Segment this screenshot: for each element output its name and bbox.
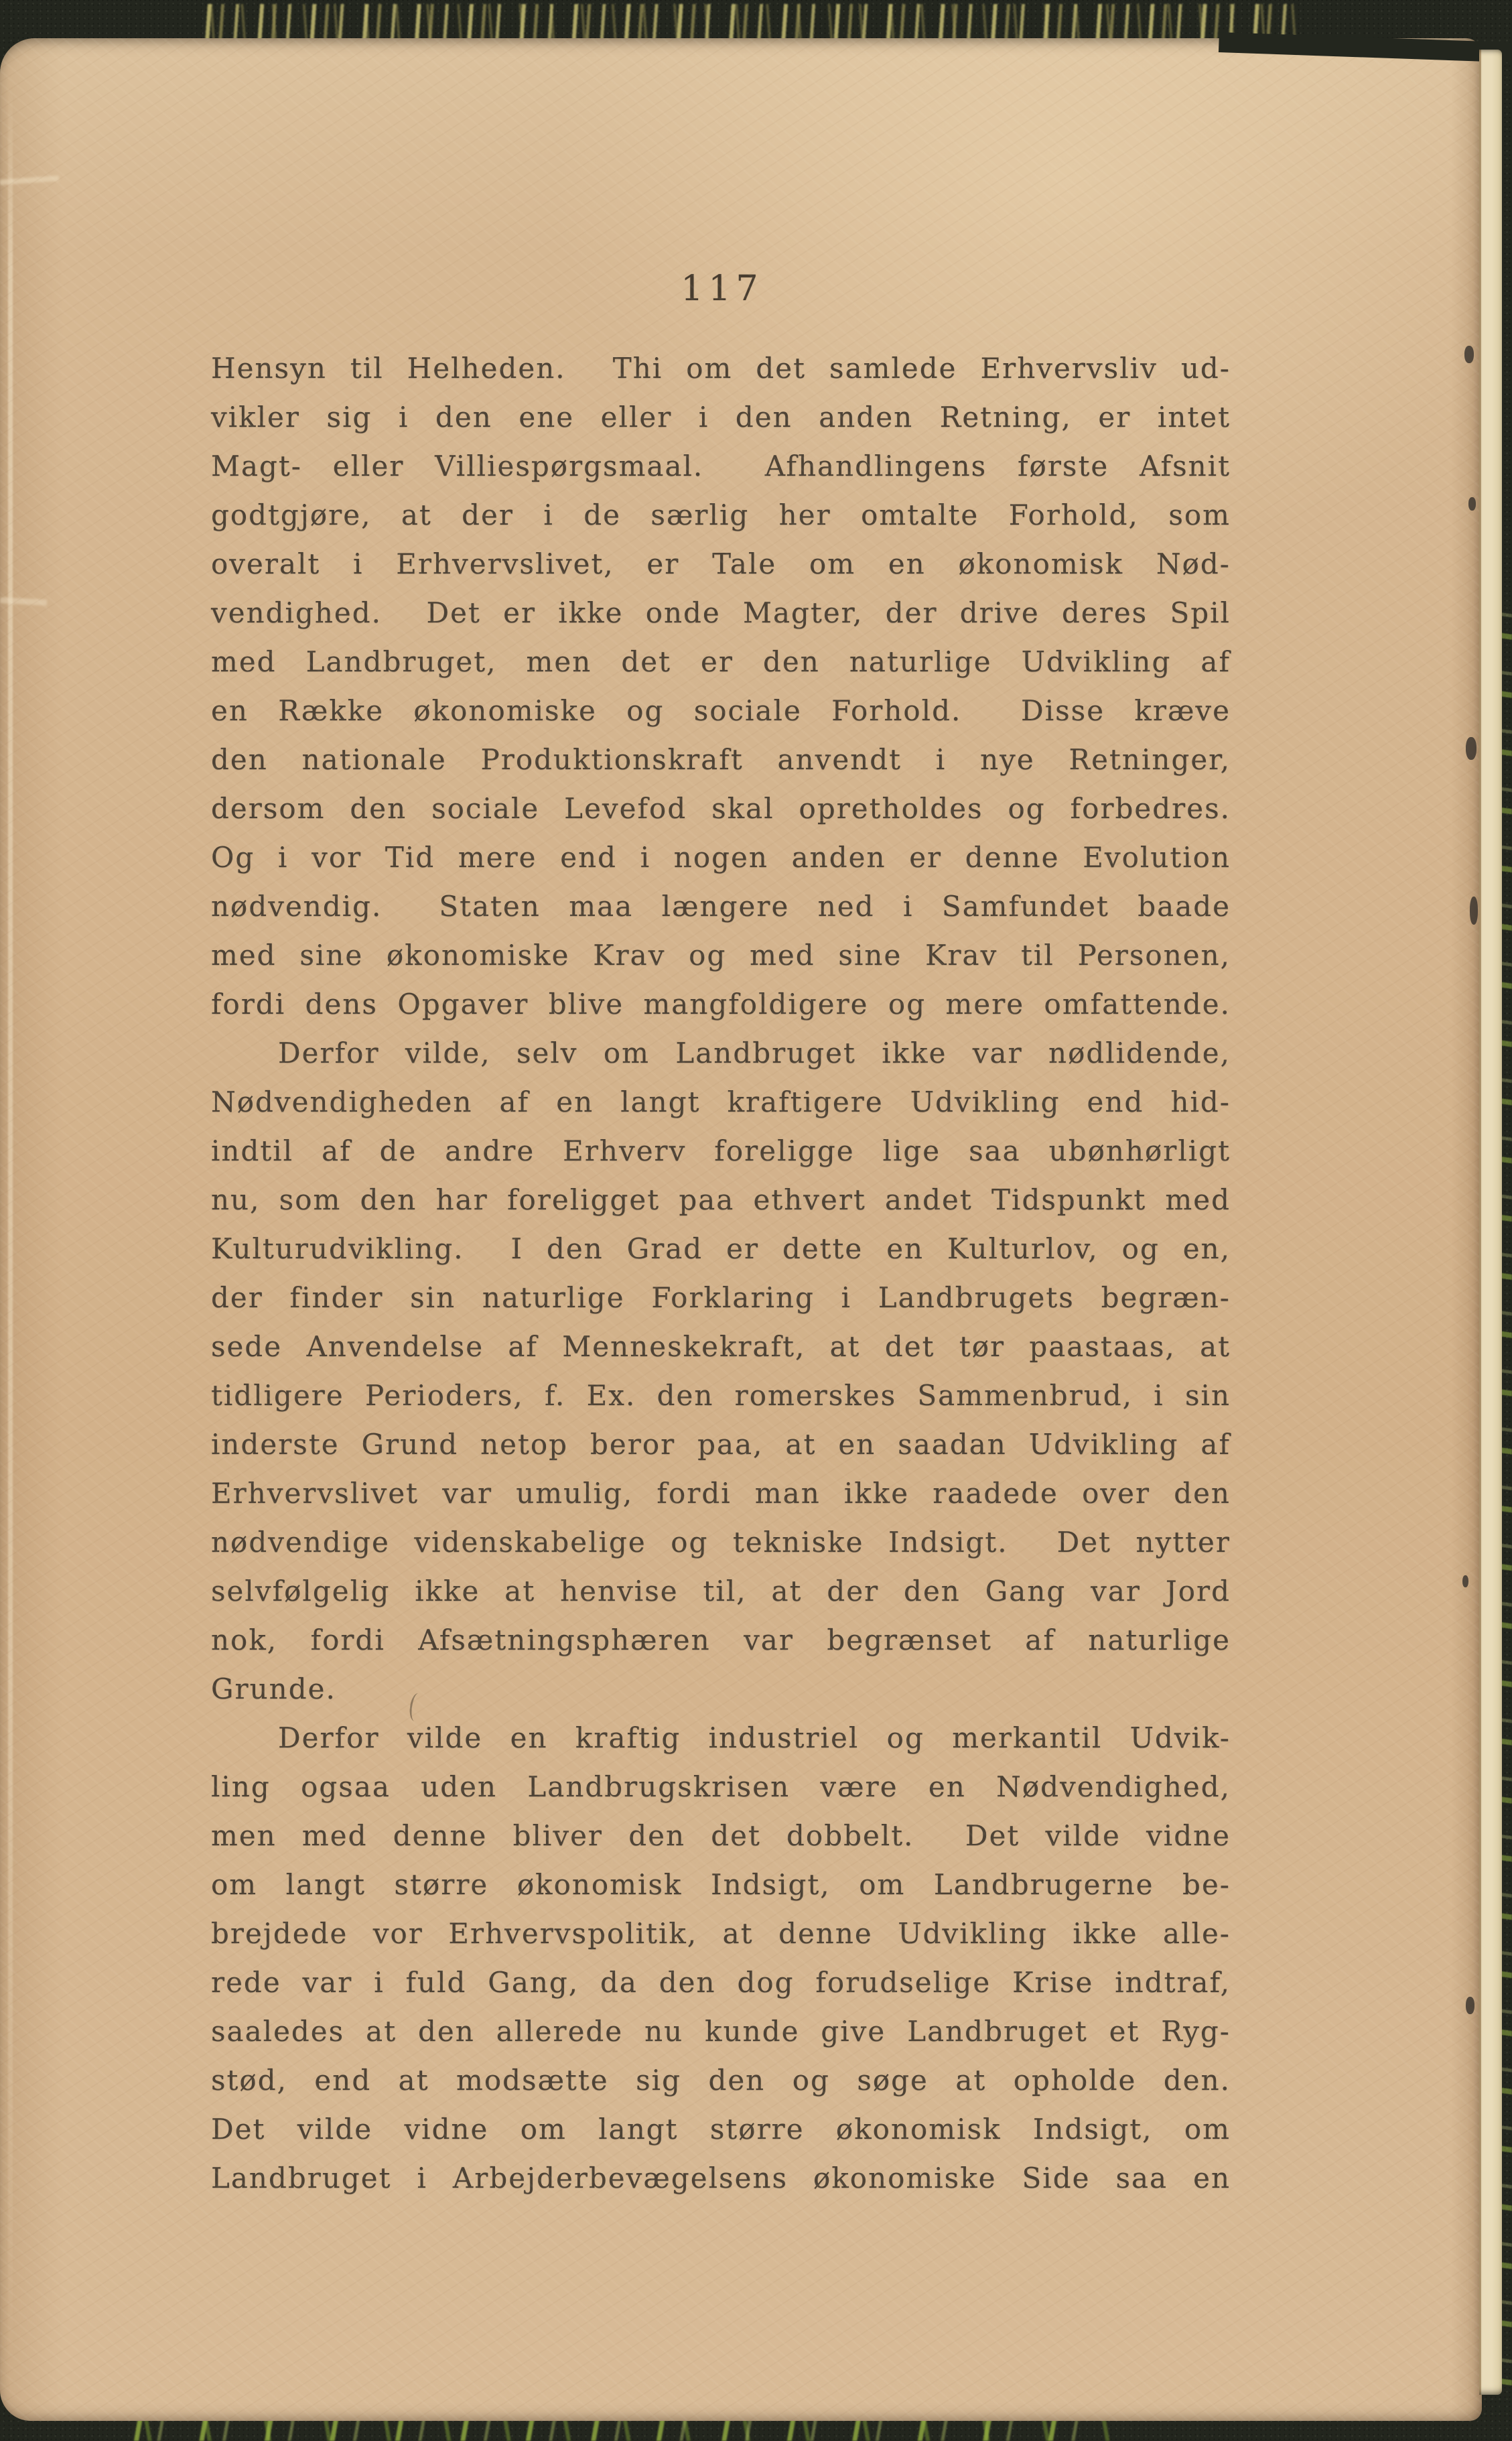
text-line: stød, end at modsætte sig den og søge at…: [211, 2056, 1231, 2105]
paragraph: Hensyn til Helheden. Thi om det samlede …: [211, 344, 1231, 1029]
text-line: en Række økonomiske og sociale Forhold. …: [211, 686, 1231, 735]
ink-speck: [1470, 897, 1478, 925]
text-line: nødvendig. Staten maa længere ned i Samf…: [211, 882, 1231, 931]
text-line: Erhvervslivet var umulig, fordi man ikke…: [211, 1469, 1231, 1518]
text-line: den nationale Produktionskraft anvendt i…: [211, 735, 1231, 784]
text-line: Nødvendigheden af en langt kraftigere Ud…: [211, 1077, 1231, 1126]
paper-crease: [0, 597, 47, 606]
text-line: Landbruget i Arbejderbevægelsens økonomi…: [211, 2154, 1231, 2202]
ink-speck: [1468, 497, 1476, 511]
text-line: overalt i Erhvervslivet, er Tale om en ø…: [211, 539, 1231, 588]
text-line: selvfølgelig ikke at henvise til, at der…: [211, 1567, 1231, 1615]
text-line: fordi dens Opgaver blive mangfoldigere o…: [211, 980, 1231, 1029]
text-line: vendighed. Det er ikke onde Magter, der …: [211, 588, 1231, 637]
book-page: 117 Hensyn til Helheden. Thi om det saml…: [0, 38, 1482, 2421]
text-line: Hensyn til Helheden. Thi om det samlede …: [211, 344, 1231, 393]
text-line: Det vilde vidne om langt større økonomis…: [211, 2105, 1231, 2154]
text-line: brejdede vor Erhvervspolitik, at denne U…: [211, 1909, 1231, 1958]
text-line: Grunde.: [211, 1664, 1231, 1713]
text-line: godtgjøre, at der i de særlig her omtalt…: [211, 490, 1231, 539]
text-line: men med denne bliver den det dobbelt. De…: [211, 1811, 1231, 1860]
paragraph: Derfor vilde en kraftig industriel og me…: [211, 1713, 1231, 2202]
text-line: inderste Grund netop beror paa, at en sa…: [211, 1420, 1231, 1469]
text-line: rede var i fuld Gang, da den dog forudse…: [211, 1958, 1231, 2007]
text-line: sede Anvendelse af Menneskekraft, at det…: [211, 1322, 1231, 1371]
ink-speck: [1466, 737, 1476, 760]
text-line: Kulturudvikling. I den Grad er dette en …: [211, 1224, 1231, 1273]
text-line: med sine økonomiske Krav og med sine Kra…: [211, 931, 1231, 980]
text-line: der finder sin naturlige Forklaring i La…: [211, 1273, 1231, 1322]
text-line: vikler sig i den ene eller i den anden R…: [211, 393, 1231, 442]
text-line: Og i vor Tid mere end i nogen anden er d…: [211, 833, 1231, 882]
cover-marbling-top: [201, 4, 1300, 40]
text-line: saaledes at den allerede nu kunde give L…: [211, 2007, 1231, 2056]
paper-crease: [8, 85, 13, 2377]
text-line: nu, som den har foreligget paa ethvert a…: [211, 1175, 1231, 1224]
text-line: nødvendige videnskabelige og tekniske In…: [211, 1518, 1231, 1567]
paragraph: Derfor vilde, selv om Landbruget ikke va…: [211, 1029, 1231, 1713]
ink-speck: [1464, 346, 1474, 363]
text-line: Derfor vilde en kraftig industriel og me…: [211, 1713, 1231, 1762]
page-edge-stack: [1479, 50, 1502, 2395]
text-line: dersom den sociale Levefod skal oprethol…: [211, 784, 1231, 833]
page-number: 117: [675, 269, 769, 309]
cover-marbling-right: [1501, 590, 1512, 2399]
page-text: Hensyn til Helheden. Thi om det samlede …: [211, 344, 1231, 2202]
ink-speck: [1462, 1575, 1468, 1587]
text-line: indtil af de andre Erhverv foreligge lig…: [211, 1126, 1231, 1175]
text-line: Magt- eller Villiespørgsmaal. Afhandling…: [211, 442, 1231, 490]
text-line: om langt større økonomisk Indsigt, om La…: [211, 1860, 1231, 1909]
text-line: med Landbruget, men det er den naturlige…: [211, 637, 1231, 686]
text-line: nok, fordi Afsætningsphæren var begrænse…: [211, 1615, 1231, 1664]
text-line: ling ogsaa uden Landbrugskrisen være en …: [211, 1762, 1231, 1811]
book-cover: 117 Hensyn til Helheden. Thi om det saml…: [0, 0, 1512, 2441]
text-line: tidligere Perioders, f. Ex. den romerske…: [211, 1371, 1231, 1420]
ink-speck: [1466, 1997, 1474, 2014]
text-line: Derfor vilde, selv om Landbruget ikke va…: [211, 1029, 1231, 1077]
